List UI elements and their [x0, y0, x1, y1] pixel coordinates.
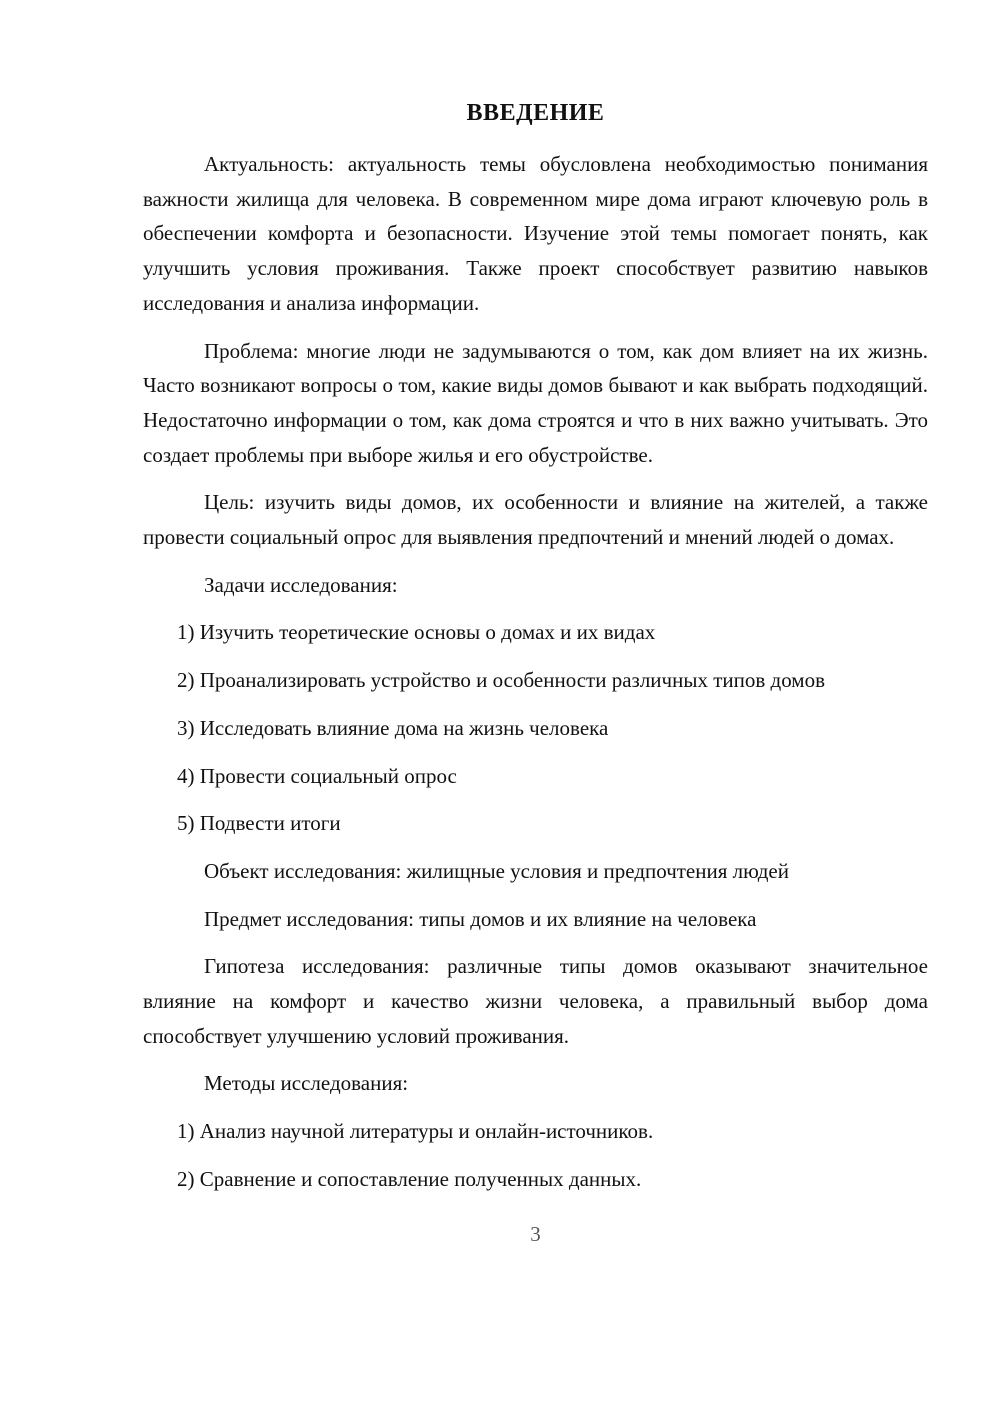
- document-page: ВВЕДЕНИЕ Актуальность: актуальность темы…: [0, 0, 1000, 1414]
- paragraph-subject: Предмет исследования: типы домов и их вл…: [143, 902, 928, 937]
- document-content: ВВЕДЕНИЕ Актуальность: актуальность темы…: [143, 0, 928, 1251]
- paragraph-relevance: Актуальность: актуальность темы обусловл…: [143, 147, 928, 321]
- tasks-label: Задачи исследования:: [143, 568, 928, 603]
- paragraph-goal: Цель: изучить виды домов, их особенности…: [143, 485, 928, 554]
- task-item-2: 2) Проанализировать устройство и особенн…: [143, 663, 928, 698]
- page-number: 3: [143, 1217, 928, 1252]
- task-item-3: 3) Исследовать влияние дома на жизнь чел…: [143, 711, 928, 746]
- paragraph-hypothesis: Гипотеза исследования: различные типы до…: [143, 949, 928, 1053]
- task-item-4: 4) Провести социальный опрос: [143, 759, 928, 794]
- method-item-2: 2) Сравнение и сопоставление полученных …: [143, 1162, 928, 1197]
- paragraph-problem: Проблема: многие люди не задумываются о …: [143, 334, 928, 473]
- method-item-1: 1) Анализ научной литературы и онлайн-ис…: [143, 1114, 928, 1149]
- paragraph-object: Объект исследования: жилищные условия и …: [143, 854, 928, 889]
- task-item-1: 1) Изучить теоретические основы о домах …: [143, 615, 928, 650]
- methods-label: Методы исследования:: [143, 1066, 928, 1101]
- task-item-5: 5) Подвести итоги: [143, 806, 928, 841]
- page-title: ВВЕДЕНИЕ: [143, 96, 928, 131]
